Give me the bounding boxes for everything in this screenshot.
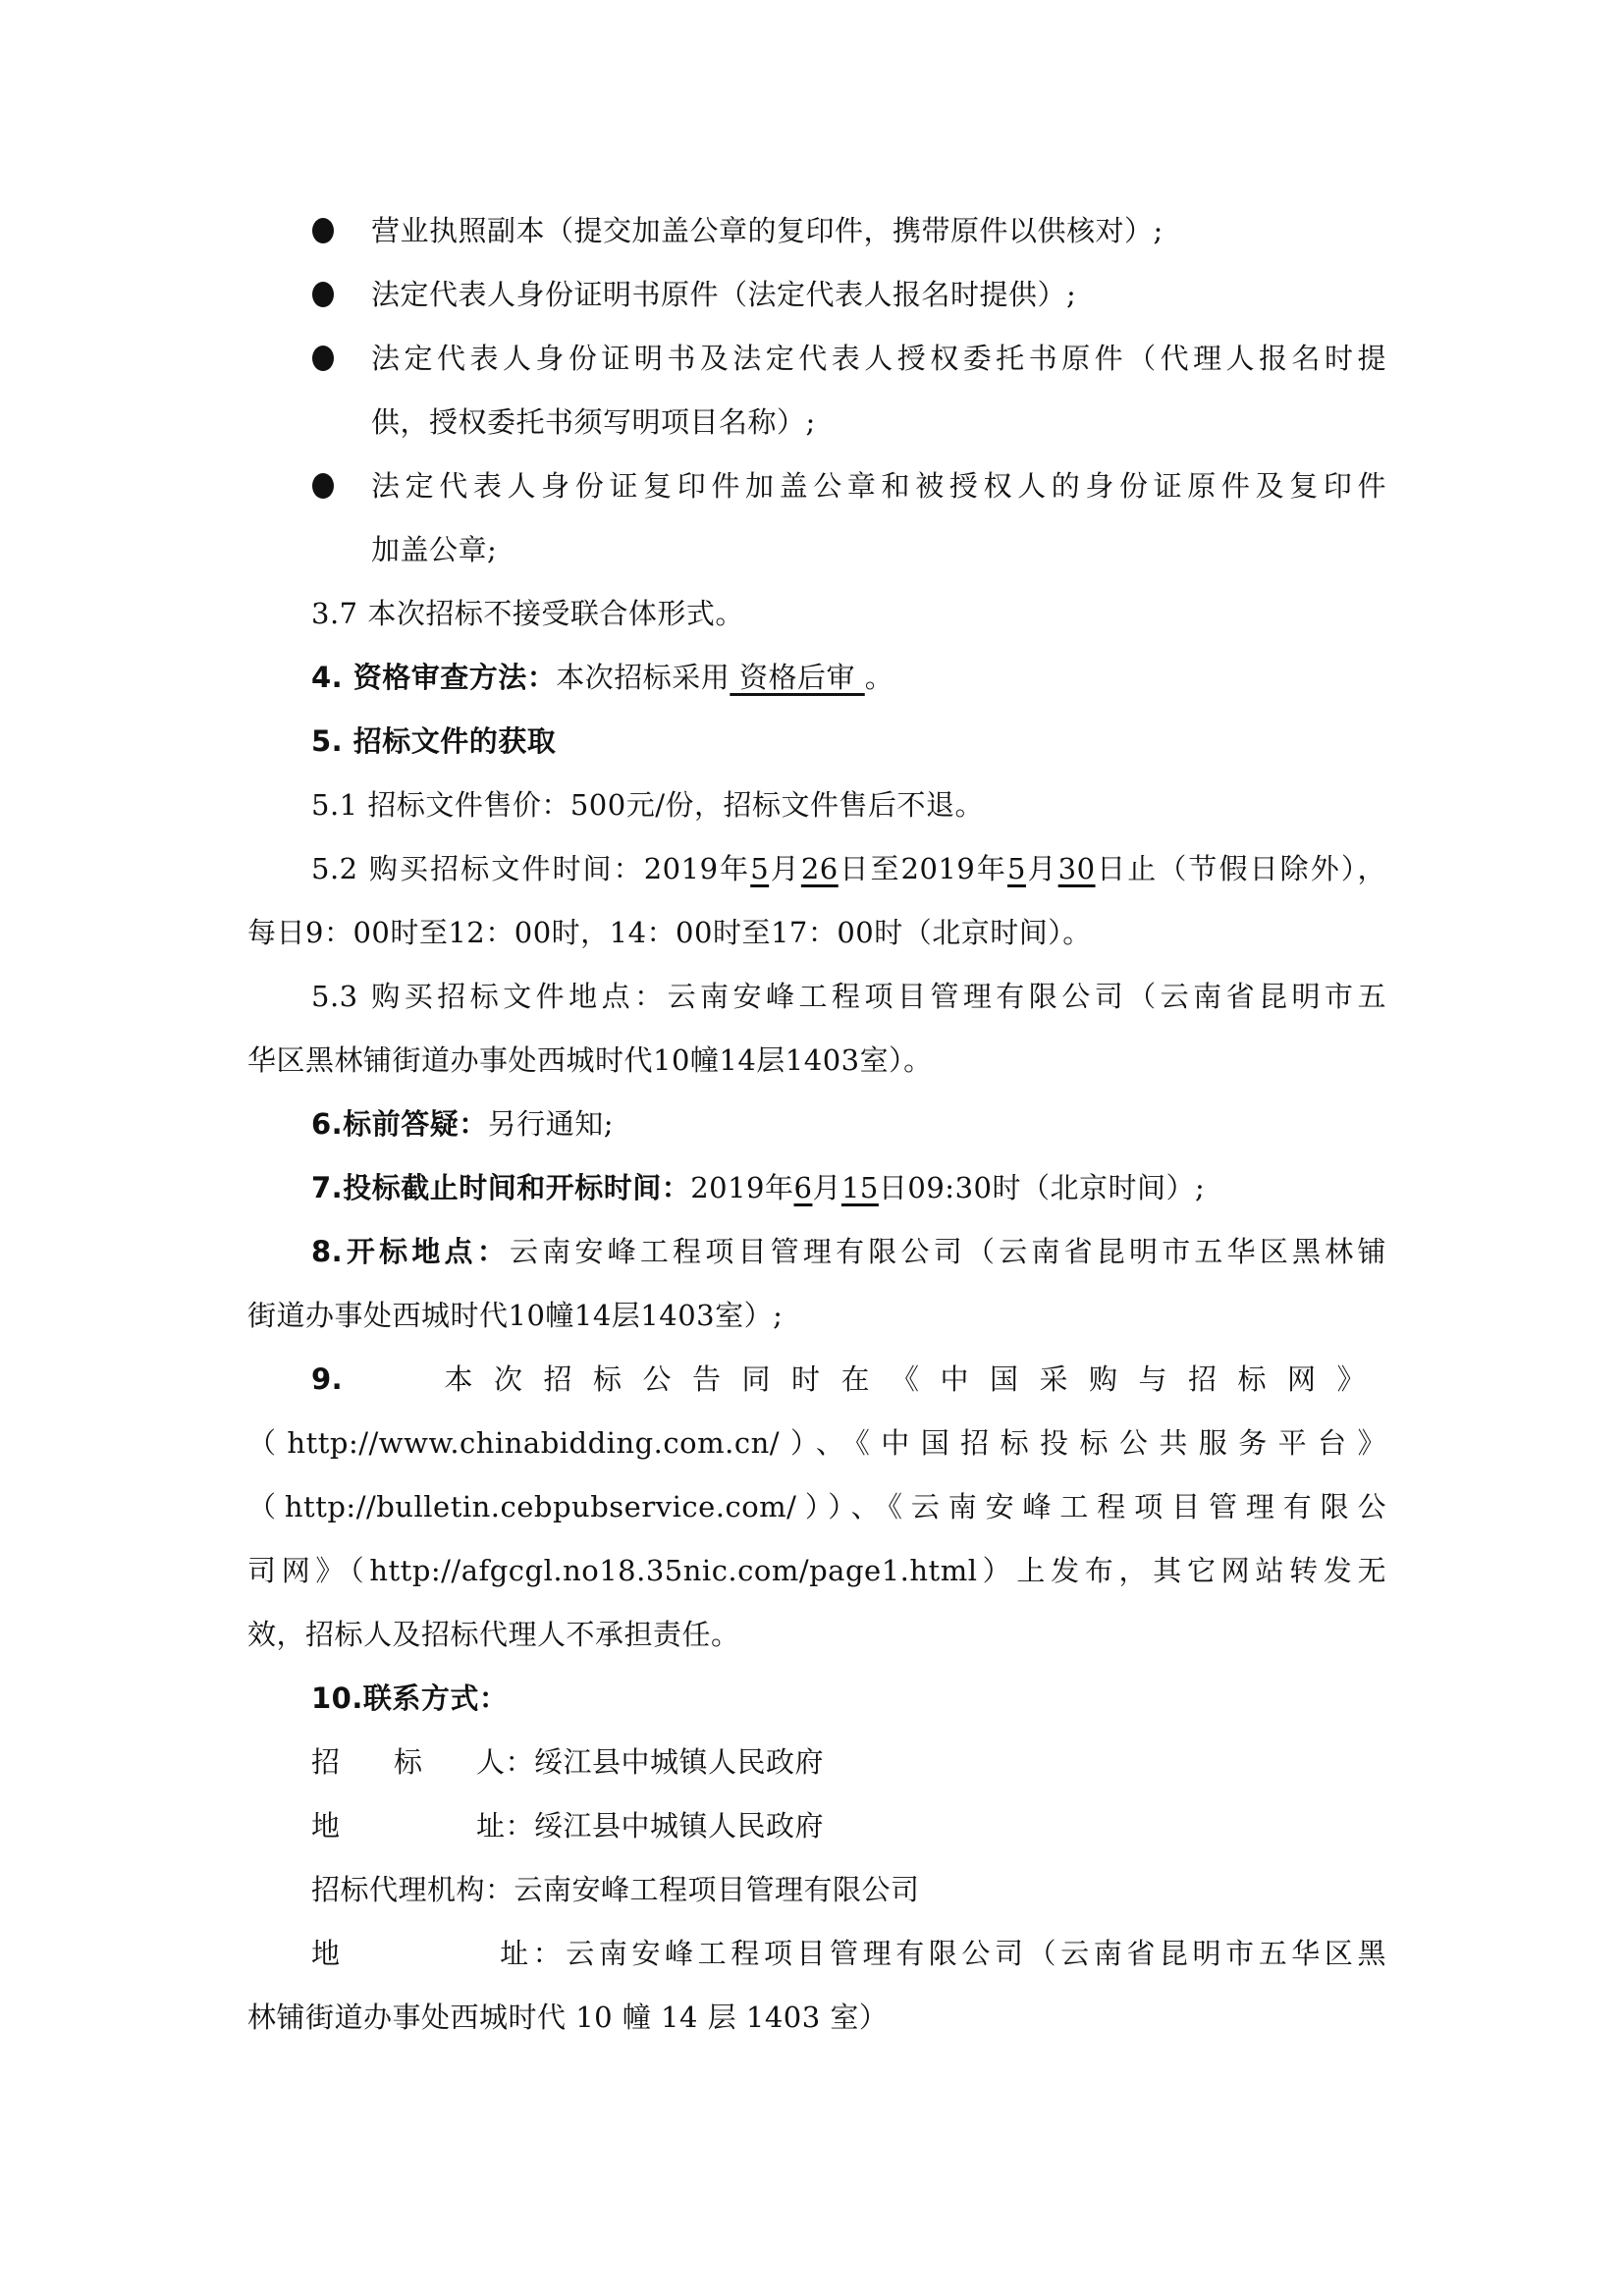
- end-day: 30: [1058, 852, 1096, 885]
- contact-agency: 招标代理机构：云南安峰工程项目管理有限公司: [311, 1868, 1386, 1911]
- section-8-cont: 街道办事处西城时代10幢14层1403室）;: [247, 1294, 1386, 1337]
- text: 月: [812, 1171, 841, 1204]
- text: 月: [769, 852, 801, 885]
- clause-5-2: 5.2 购买招标文件时间：2019年5月26日至2019年5月30日止（节假日除…: [311, 847, 1386, 890]
- bullet-item-id-copies-cont: 加盖公章;: [371, 528, 1386, 571]
- contact-agency-address: 地址：云南安峰工程项目管理有限公司（云南省昆明市五华区黑: [311, 1932, 1386, 1975]
- section-9-text: 本次招标公告同时在《中国采购与招标网》: [444, 1358, 1386, 1401]
- section-7-deadline: 7.投标截止时间和开标时间：2019年6月15日09:30时（北京时间）;: [311, 1166, 1386, 1209]
- label: 地: [311, 1932, 496, 1975]
- start-day: 26: [801, 852, 839, 885]
- qualification-method: 资格后审: [730, 661, 864, 694]
- text: 日至2019年: [839, 852, 1007, 885]
- clause-5-1: 5.1 招标文件售价：500元/份，招标文件售后不退。: [311, 783, 1386, 827]
- bullet-item-legal-rep-id: 法定代表人身份证明书原件（法定代表人报名时提供）;: [371, 273, 1386, 316]
- section-9-line3: （http://bulletin.cebpubservice.com/））、《云…: [247, 1485, 1386, 1528]
- label: 地: [311, 1804, 476, 1847]
- contact-agency-address-cont: 林铺街道办事处西城时代 10 幢 14 层 1403 室）: [247, 1996, 1386, 2039]
- tenderer-name: 绥江县中城镇人民政府: [534, 1745, 824, 1779]
- clause-5-2-prefix: 5.2 购买招标文件时间：2019年: [311, 852, 750, 885]
- bullet-icon: [312, 282, 334, 307]
- bullet-icon: [312, 346, 334, 371]
- section-9-line2: （http://www.chinabidding.com.cn/）、《中国招标投…: [247, 1421, 1386, 1465]
- section-8-text: 云南安峰工程项目管理有限公司（云南省昆明市五华区黑林铺: [510, 1235, 1386, 1268]
- contact-tenderer-address: 地址：绥江县中城镇人民政府: [311, 1804, 1386, 1847]
- bullet-item-authorization: 法定代表人身份证明书及法定代表人授权委托书原件（代理人报名时提: [371, 337, 1386, 380]
- document-page: 营业执照副本（提交加盖公章的复印件，携带原件以供核对）; 法定代表人身份证明书原…: [0, 0, 1624, 2296]
- section-7-heading: 7.投标截止时间和开标时间：: [311, 1171, 690, 1204]
- section-8-location: 8.开标地点：云南安峰工程项目管理有限公司（云南省昆明市五华区黑林铺: [311, 1230, 1386, 1273]
- text: 日09:30时（北京时间）;: [879, 1171, 1205, 1204]
- section-4-heading: 4. 资格审查方法：: [311, 661, 556, 694]
- section-9-line4: 司网》（http://afgcgl.no18.35nic.com/page1.h…: [247, 1549, 1386, 1592]
- start-month: 5: [750, 852, 769, 885]
- section-10-heading: 10.联系方式：: [311, 1677, 1386, 1720]
- label: 址：: [476, 1804, 534, 1847]
- clause-5-2-hours: 每日9：00时至12：00时，14：00时至17：00时（北京时间）。: [247, 911, 1386, 954]
- text: 月: [1026, 852, 1058, 885]
- text: 日止（节假日除外），: [1096, 852, 1386, 885]
- label: 招: [311, 1740, 394, 1784]
- clause-5-3-cont: 华区黑林铺街道办事处西城时代10幢14层1403室）。: [247, 1039, 1386, 1082]
- agency-name: 云南安峰工程项目管理有限公司: [514, 1873, 920, 1906]
- section-6-heading: 6.标前答疑：: [311, 1107, 488, 1141]
- section-8-heading: 8.开标地点：: [311, 1235, 510, 1268]
- section-4-end: 。: [865, 661, 894, 694]
- section-6-prebid: 6.标前答疑：另行通知;: [311, 1102, 1386, 1146]
- bullet-icon: [312, 473, 334, 499]
- section-9-heading: 9.: [311, 1358, 343, 1401]
- text: 2019年: [690, 1171, 793, 1204]
- label: 址：: [496, 1937, 566, 1970]
- section-9-line5: 效，招标人及招标代理人不承担责任。: [247, 1613, 1386, 1656]
- contact-tenderer: 招标人：绥江县中城镇人民政府: [311, 1740, 1386, 1784]
- section-5-heading: 5. 招标文件的获取: [311, 720, 1386, 763]
- bullet-item-id-copies: 法定代表人身份证复印件加盖公章和被授权人的身份证原件及复印件: [371, 464, 1386, 507]
- section-4-qualification: 4. 资格审查方法：本次招标采用 资格后审 。: [311, 656, 1386, 699]
- clause-3-7: 3.7 本次招标不接受联合体形式。: [311, 592, 1386, 635]
- bullet-item-business-license: 营业执照副本（提交加盖公章的复印件，携带原件以供核对）;: [371, 209, 1386, 252]
- section-9-publication: 9. 本次招标公告同时在《中国采购与招标网》: [311, 1358, 1386, 1401]
- section-4-text: 本次招标采用: [556, 661, 730, 694]
- agency-address: 云南安峰工程项目管理有限公司（云南省昆明市五华区黑: [566, 1937, 1386, 1970]
- label: 招标代理机构：: [311, 1868, 514, 1911]
- tenderer-address: 绥江县中城镇人民政府: [534, 1809, 824, 1842]
- bullet-item-authorization-cont: 供，授权委托书须写明项目名称）;: [371, 400, 1386, 444]
- deadline-day: 15: [841, 1171, 879, 1204]
- label: 人：: [476, 1740, 534, 1784]
- label: 标: [394, 1740, 476, 1784]
- clause-5-3: 5.3 购买招标文件地点：云南安峰工程项目管理有限公司（云南省昆明市五: [311, 975, 1386, 1018]
- deadline-month: 6: [794, 1171, 813, 1204]
- section-6-text: 另行通知;: [488, 1107, 614, 1141]
- end-month: 5: [1007, 852, 1026, 885]
- bullet-icon: [312, 218, 334, 243]
